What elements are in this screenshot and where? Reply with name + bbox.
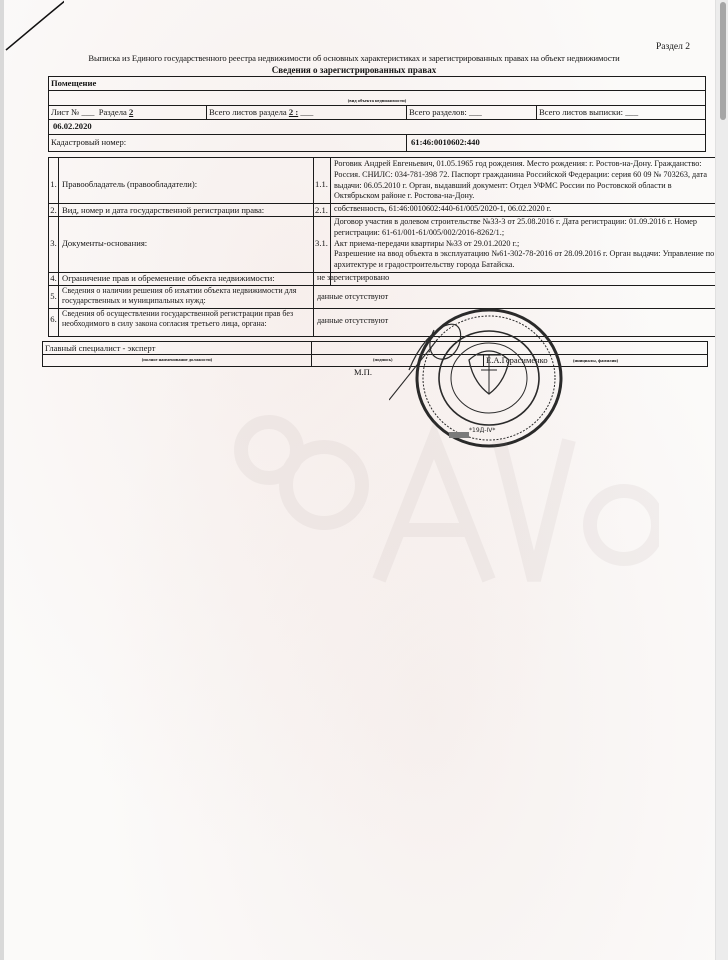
document-basis-1: Договор участия в долевом строительстве …	[334, 217, 717, 239]
row-5-label: Сведения о наличии решения об изъятии об…	[62, 286, 312, 306]
object-type: Помещение	[51, 78, 96, 88]
total-sections: Всего разделов: ___	[409, 107, 482, 117]
signature-table: Главный специалист - эксперт (полное наи…	[42, 341, 708, 367]
name-caption: (инициалы, фамилия)	[573, 358, 618, 363]
signer-position: Главный специалист - эксперт	[45, 343, 155, 353]
row-2-subnum: 2.1.	[313, 205, 330, 215]
seal-label: М.П.	[354, 367, 372, 377]
row-5-value: данные отсутствуют	[317, 292, 388, 303]
section-label: Раздел 2	[656, 42, 690, 52]
cadastral-number: 61:46:0010602:440	[411, 137, 480, 147]
pen-stroke-mark	[4, 0, 64, 52]
cadastral-label: Кадастровый номер:	[51, 137, 126, 147]
document-page: Раздел 2 Выписка из Единого государствен…	[4, 0, 716, 960]
row-1-num: 1.	[49, 179, 58, 189]
row-1-label: Правообладатель (правообладатели):	[62, 179, 197, 189]
extract-date: 06.02.2020	[53, 121, 92, 131]
row-2-label: Вид, номер и дата государственной регист…	[62, 205, 264, 215]
document-title: Выписка из Единого государственного реес…	[4, 53, 704, 63]
row-4-value: не зарегистрировано	[317, 273, 389, 284]
row-2-value: собственность, 61:46:0010602:440-61/005/…	[334, 204, 551, 215]
document-basis-2: Акт приема-передачи квартиры №33 от 29.0…	[334, 239, 717, 250]
row-5-num: 5.	[49, 291, 58, 301]
row-3-label: Документы-основания:	[62, 238, 147, 248]
total-sheets-section: Всего листов раздела 2 : ___	[209, 107, 313, 117]
document-subtitle: Сведения о зарегистрированных правах	[4, 65, 704, 75]
scrollbar[interactable]	[715, 0, 728, 960]
object-type-caption: (вид объекта недвижимости)	[49, 98, 705, 103]
row-6-num: 6.	[49, 314, 58, 324]
position-caption: (полное наименование должности)	[43, 357, 311, 362]
sheet-number: Лист № ___ Раздела 2	[51, 107, 133, 117]
total-sheets-extract: Всего листов выписки: ___	[539, 107, 638, 117]
row-3-num: 3.	[49, 238, 58, 248]
header-table: Помещение (вид объекта недвижимости) Лис…	[48, 76, 706, 152]
row-1-value: Роговик Андрей Евгеньевич, 01.05.1965 го…	[334, 159, 717, 202]
row-4-num: 4.	[49, 273, 58, 283]
scrollbar-thumb[interactable]	[720, 2, 726, 120]
row-3-value: Договор участия в долевом строительстве …	[334, 217, 717, 271]
row-1-subnum: 1.1.	[313, 179, 330, 189]
document-basis-3: Разрешение на ввод объекта в эксплуатаци…	[334, 249, 717, 271]
row-6-label: Сведения об осуществлении государственно…	[62, 309, 314, 329]
row-6-value: данные отсутствуют	[317, 316, 388, 327]
row-3-subnum: 3.1.	[313, 238, 330, 248]
avito-watermark	[229, 410, 659, 600]
rights-table: 1. Правообладатель (правообладатели): 1.…	[48, 157, 718, 337]
row-4-label: Ограничение прав и обременение объекта н…	[62, 273, 275, 283]
row-2-num: 2.	[49, 205, 58, 215]
